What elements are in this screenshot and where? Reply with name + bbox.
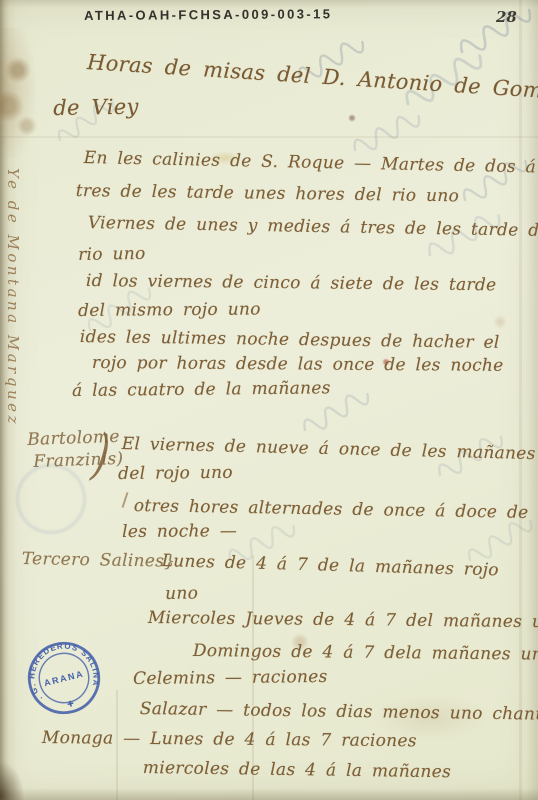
manuscript-title-line-2: de Viey xyxy=(53,95,139,120)
manuscript-line-6: ides les ultimes noche despues de hacher… xyxy=(80,327,500,353)
paper-stain-bottom-left xyxy=(0,762,24,800)
stamp-center-text: ARANA xyxy=(43,668,85,688)
manuscript-line-7: rojo por horas desde las once de les noc… xyxy=(92,353,504,376)
stray-ink-mark xyxy=(122,492,129,508)
manuscript-line-2: Viernes de unes y medies á tres de les t… xyxy=(88,213,538,241)
manuscript-line-0: En les calinies de S. Roque — Martes de … xyxy=(84,148,537,177)
manuscript-line-10: del rojo uno xyxy=(118,463,233,484)
manuscript-line-1: tres de les tarde unes hores del rio uno xyxy=(76,181,460,206)
manuscript-line-13: Lunes de 4 á 7 de la mañanes rojo xyxy=(161,551,499,580)
margin-note-vertical: Ye de Montana Marquez xyxy=(4,168,22,427)
manuscript-line-3: rio uno xyxy=(78,244,146,265)
vertical-crease-right xyxy=(519,0,522,800)
bottom-edge-shadow xyxy=(0,788,538,800)
manuscript-line-11: otres hores alternades de once á doce de xyxy=(134,496,529,523)
manuscript-line-16: Domingos de 4 á 7 dela mañanes uno xyxy=(193,641,538,665)
manuscript-line-14: uno xyxy=(165,583,198,604)
manuscript-line-20: miercoles de las 4 á la mañanes xyxy=(143,758,452,782)
paper-stain-top-left xyxy=(0,28,70,158)
scanned-manuscript-page: ATHA-OAH-FCHSA-009-003-15 28 Horas de mi… xyxy=(0,0,538,800)
manuscript-title-line-1: Horas de misas del D. Antonio de Gomez M… xyxy=(86,50,538,109)
section-label-tercero: Tercero Salines} xyxy=(22,549,176,572)
manuscript-line-5: del mismo rojo uno xyxy=(78,299,261,321)
right-edge-shadow xyxy=(526,0,538,800)
manuscript-line-15: Miercoles Jueves de 4 á 7 del mañanes un… xyxy=(148,608,538,632)
archive-reference-code: ATHA-OAH-FCHSA-009-003-15 xyxy=(84,6,332,23)
manuscript-line-18: Salazar — todos los dias menos uno chanu… xyxy=(140,699,538,725)
svg-text:A. G. HEREDEROS SALINAS: A. G. HEREDEROS SALINAS xyxy=(18,632,104,705)
manuscript-line-19: Monaga — Lunes de 4 á las 7 raciones xyxy=(42,728,417,751)
manuscript-line-9: El viernes de nueve á once de les mañane… xyxy=(122,434,536,464)
manuscript-line-4: id los viernes de cinco á siete de les t… xyxy=(86,271,497,295)
manuscript-line-12: les noche — xyxy=(122,521,237,542)
heirs-circular-stamp: A. G. HEREDEROS SALINAS ARANA ✚ xyxy=(18,632,110,724)
manuscript-line-17: Celemins — raciones xyxy=(133,667,328,689)
section-label-franzinis: Franzinis) xyxy=(33,449,124,472)
faint-stamp-impression xyxy=(16,464,86,534)
folio-page-number: 28 xyxy=(496,8,517,26)
stamp-arc-text: A. G. HEREDEROS SALINAS xyxy=(18,632,104,705)
manuscript-line-8: á las cuatro de la mañanes xyxy=(72,378,331,401)
horizontal-crease xyxy=(0,136,538,138)
